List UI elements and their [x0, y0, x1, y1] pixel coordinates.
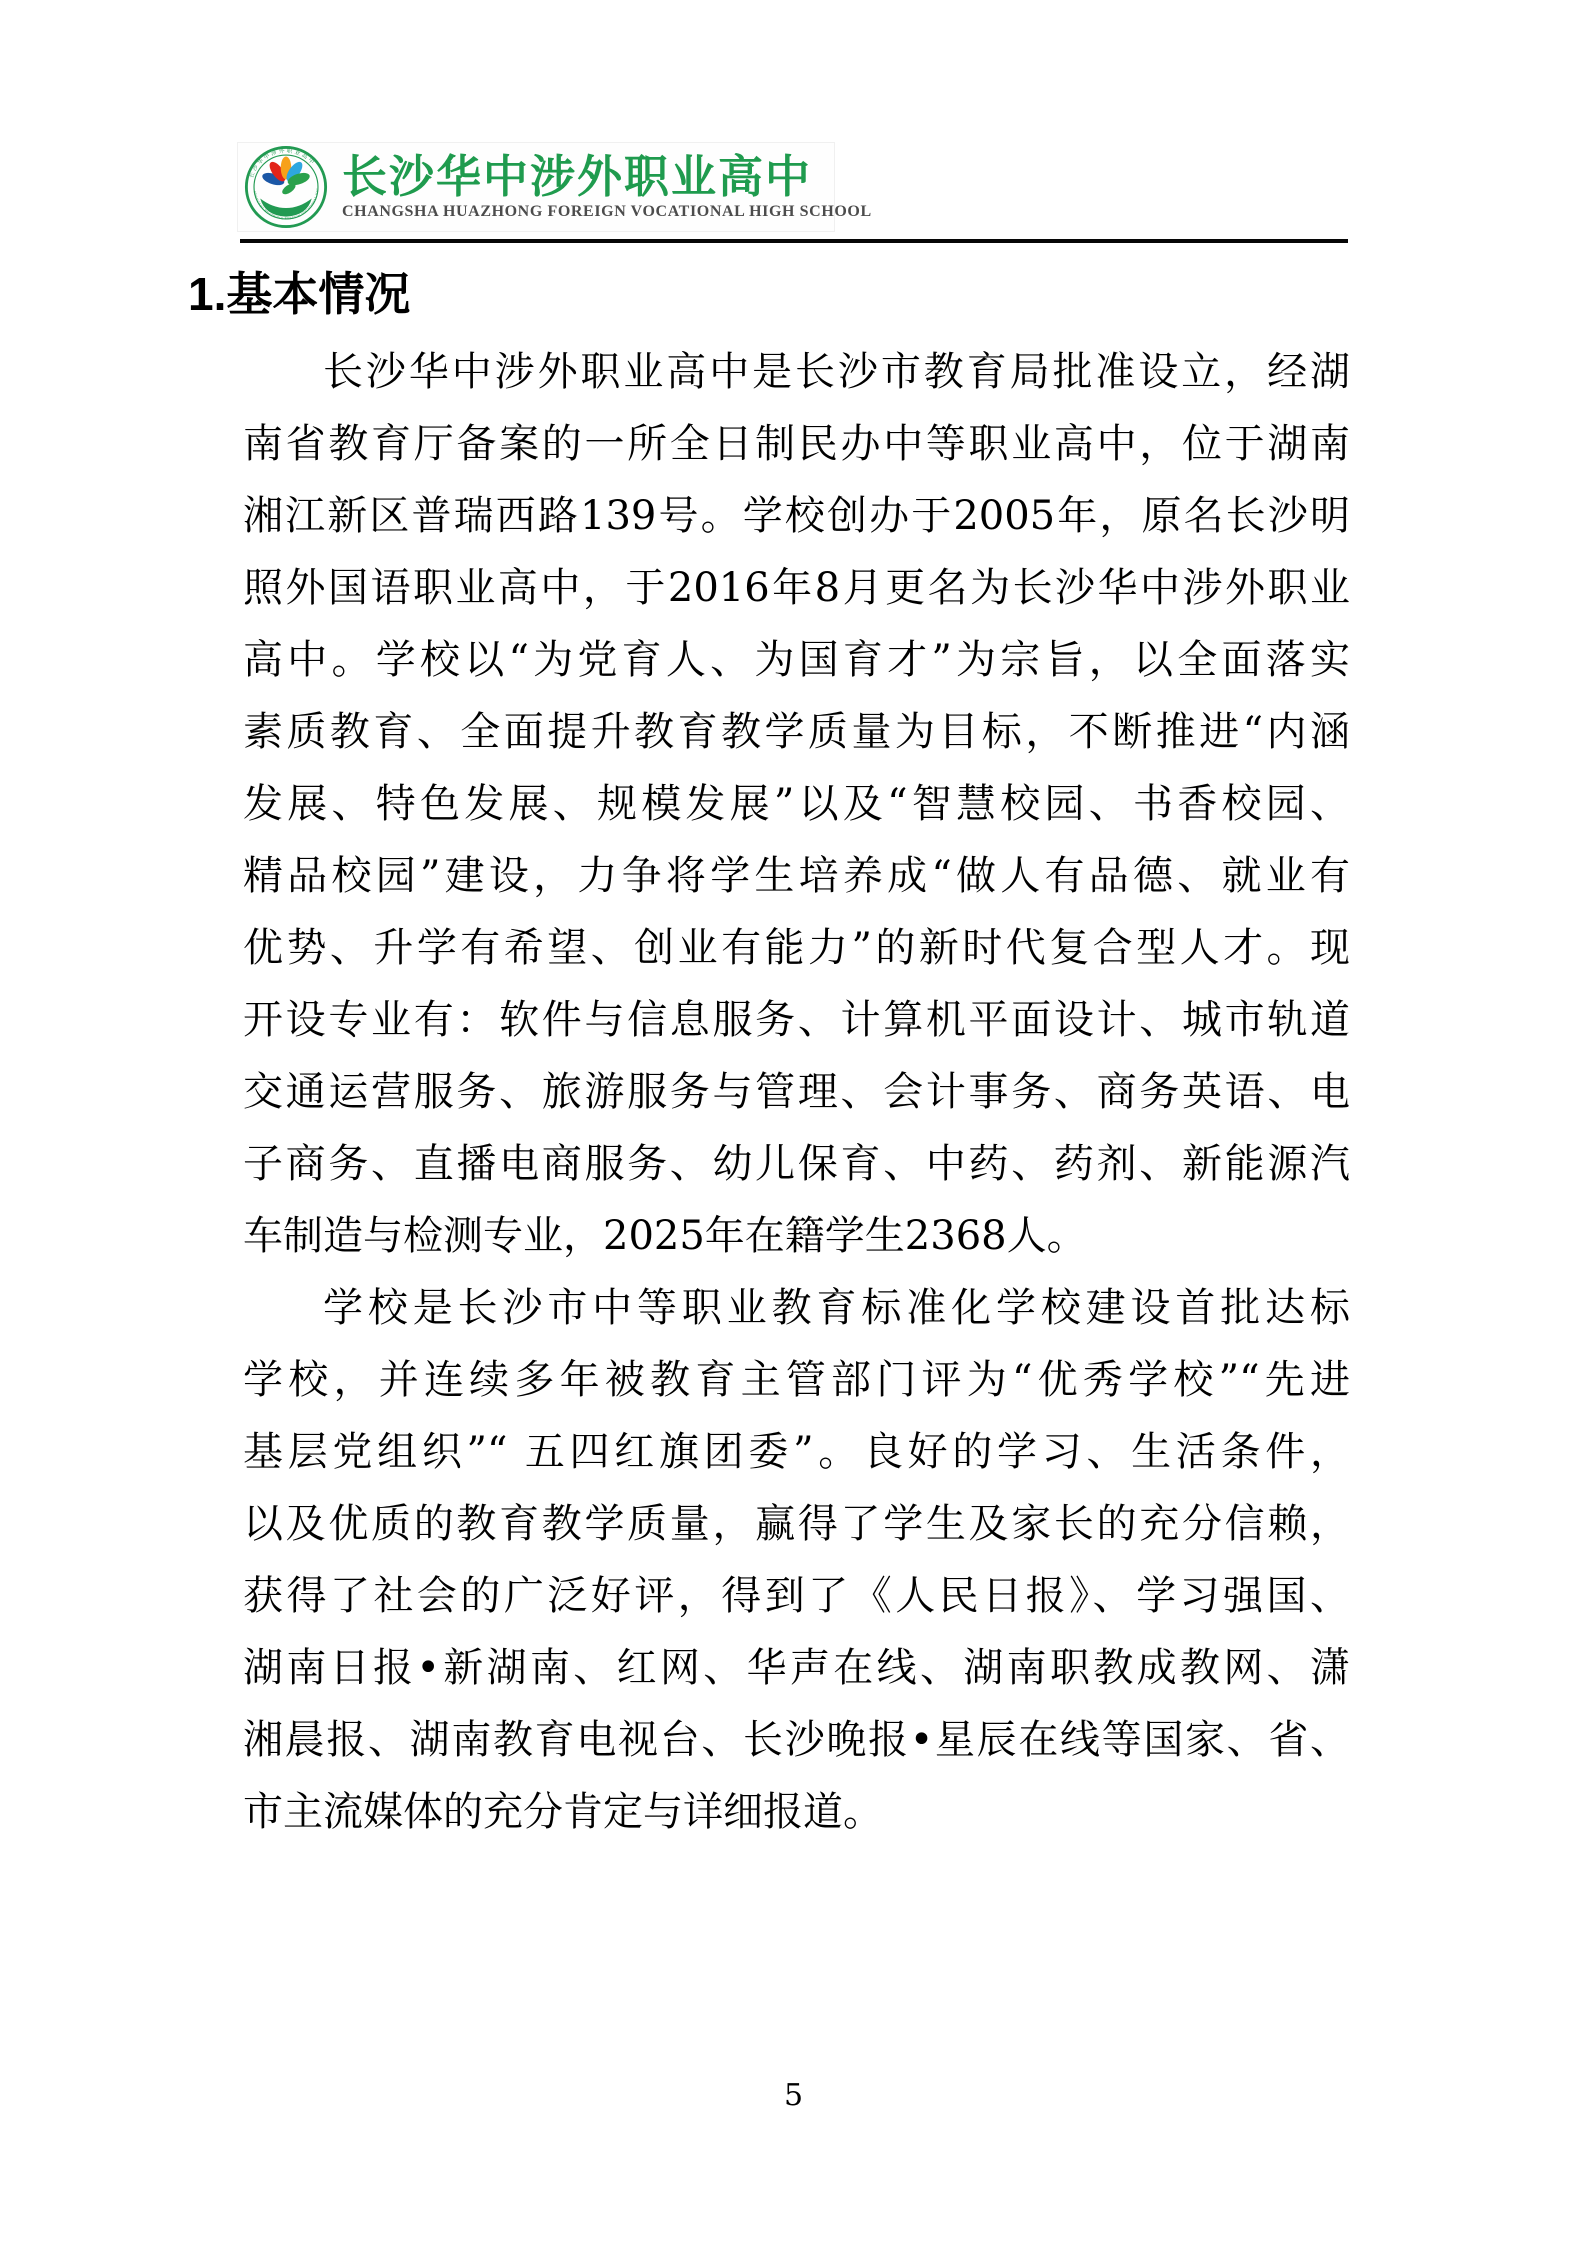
body-line: 子商务、直播电商服务、幼儿保育、中药、药剂、新能源汽 — [243, 1128, 1350, 1200]
body-line: 车制造与检测专业，2025年在籍学生2368人。 — [243, 1200, 1350, 1272]
school-logo-banner: 长沙华中涉外职业高中 CHANGSHA HUAZHONG FOREIGN VOC… — [237, 142, 835, 232]
page-number: 5 — [0, 2078, 1587, 2113]
header-divider — [240, 239, 1348, 243]
body-line: 交通运营服务、旅游服务与管理、会计事务、商务英语、电 — [243, 1056, 1350, 1128]
body-line: 学校，并连续多年被教育主管部门评为“优秀学校”“先进 — [243, 1344, 1350, 1416]
body-line: 照外国语职业高中，于2016年8月更名为长沙华中涉外职业 — [243, 552, 1350, 624]
body-line: 基层党组织”“ 五四红旗团委”。良好的学习、生活条件， — [243, 1416, 1350, 1488]
body-line: 学校是长沙市中等职业教育标准化学校建设首批达标 — [243, 1272, 1350, 1344]
paragraph-1: 长沙华中涉外职业高中是长沙市教育局批准设立，经湖南省教育厅备案的一所全日制民办中… — [243, 336, 1350, 1272]
school-name-cn: 长沙华中涉外职业高中 — [342, 153, 872, 200]
body-line: 湖南日报•新湖南、红网、华声在线、湖南职教成教网、潇 — [243, 1632, 1350, 1704]
body-line: 高中。学校以“为党育人、为国育才”为宗旨，以全面落实 — [243, 624, 1350, 696]
body-line: 以及优质的教育教学质量，赢得了学生及家长的充分信赖， — [243, 1488, 1350, 1560]
document-page: 长沙华中涉外职业高中 CHANGSHA HUAZHONG FOREIGN VOC… — [0, 0, 1587, 2245]
body-line: 精品校园”建设，力争将学生培养成“做人有品德、就业有 — [243, 840, 1350, 912]
school-logo-text: 长沙华中涉外职业高中 CHANGSHA HUAZHONG FOREIGN VOC… — [342, 153, 872, 221]
petal-fan-icon — [261, 156, 311, 187]
body-line: 开设专业有：软件与信息服务、计算机平面设计、城市轨道 — [243, 984, 1350, 1056]
body-line: 发展、特色发展、规模发展”以及“智慧校园、书香校园、 — [243, 768, 1350, 840]
paragraph-2: 学校是长沙市中等职业教育标准化学校建设首批达标学校，并连续多年被教育主管部门评为… — [243, 1272, 1350, 1848]
body-line: 素质教育、全面提升教育教学质量为目标，不断推进“内涵 — [243, 696, 1350, 768]
section-heading: 1.基本情况 — [188, 258, 410, 324]
school-name-en: CHANGSHA HUAZHONG FOREIGN VOCATIONAL HIG… — [342, 203, 872, 221]
document-body: 长沙华中涉外职业高中是长沙市教育局批准设立，经湖南省教育厅备案的一所全日制民办中… — [243, 336, 1350, 1848]
body-line: 湘晨报、湖南教育电视台、长沙晚报•星辰在线等国家、省、 — [243, 1704, 1350, 1776]
body-line: 获得了社会的广泛好评，得到了《人民日报》、学习强国、 — [243, 1560, 1350, 1632]
body-line: 湘江新区普瑞西路139号。学校创办于2005年，原名长沙明 — [243, 480, 1350, 552]
body-line: 长沙华中涉外职业高中是长沙市教育局批准设立，经湖 — [243, 336, 1350, 408]
body-line: 优势、升学有希望、创业有能力”的新时代复合型人才。现 — [243, 912, 1350, 984]
body-line: 南省教育厅备案的一所全日制民办中等职业高中，位于湖南 — [243, 408, 1350, 480]
school-emblem-icon: 长沙华中涉外职业高中 CHANGSHA HUAZHONG FOREIGN VOC… — [244, 145, 328, 229]
body-line: 市主流媒体的充分肯定与详细报道。 — [243, 1776, 1350, 1848]
